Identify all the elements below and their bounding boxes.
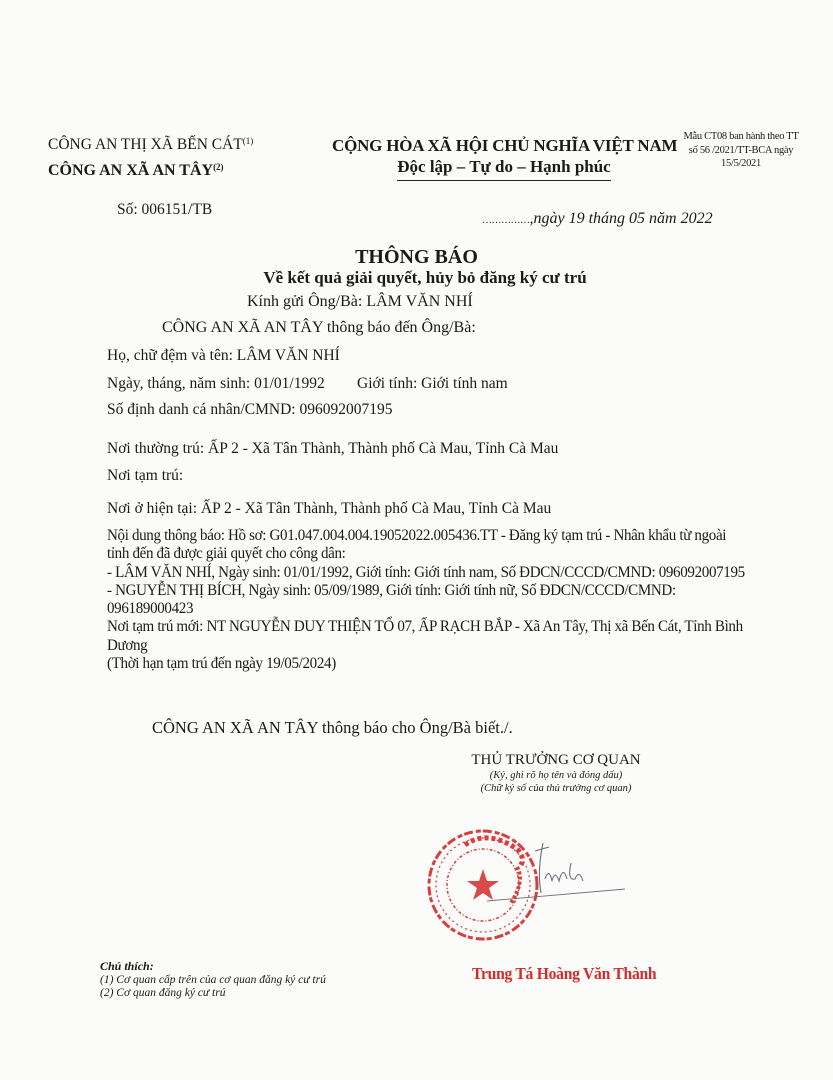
parent-agency-footnote-ref: (1) (243, 136, 254, 146)
footnotes-title: Chú thích: (100, 960, 326, 974)
national-header: CỘNG HÒA XÃ HỘI CHỦ NGHĨA VIỆT NAM Độc l… (332, 136, 676, 181)
field-dob: Ngày, tháng, năm sinh: 01/01/1992 (107, 375, 325, 393)
citizen-entry: - LÂM VĂN NHÍ, Ngày sinh: 01/01/1992, Gi… (107, 564, 747, 582)
document-title: THÔNG BÁO (0, 246, 833, 269)
footnotes: Chú thích: (1) Cơ quan cấp trên của cơ q… (100, 960, 326, 1001)
parent-agency-text: CÔNG AN THỊ XÃ BẾN CÁT (48, 136, 243, 153)
signer-name: Trung Tá Hoàng Văn Thành (472, 964, 656, 984)
field-temporary-residence: Nơi tạm trú: (107, 467, 183, 485)
closing-line: CÔNG AN XÃ AN TÂY thông báo cho Ông/Bà b… (152, 718, 513, 738)
parent-agency: CÔNG AN THỊ XÃ BẾN CÁT(1) (48, 136, 253, 154)
field-permanent-residence: Nơi thường trú: ẤP 2 - Xã Tân Thành, Thà… (107, 440, 558, 458)
residence-term: (Thời hạn tạm trú đến ngày 19/05/2024) (107, 655, 747, 673)
field-gender: Giới tính: Giới tính nam (357, 375, 508, 393)
footnote-item: (1) Cơ quan cấp trên của cơ quan đăng ký… (100, 974, 326, 988)
agency-text: CÔNG AN XÃ AN TÂY (48, 162, 213, 179)
official-stamp-icon (425, 823, 655, 953)
national-motto: Độc lập – Tự do – Hạnh phúc (397, 157, 610, 181)
agency: CÔNG AN XÃ AN TÂY(2) (48, 162, 224, 180)
agency-footnote-ref: (2) (213, 162, 224, 172)
field-current-residence: Nơi ở hiện tại: ẤP 2 - Xã Tân Thành, Thà… (107, 500, 551, 518)
signature-title: THỦ TRƯỞNG CƠ QUAN (446, 752, 666, 769)
signature-block: THỦ TRƯỞNG CƠ QUAN (Ký, ghi rõ họ tên và… (446, 752, 666, 795)
document-subtitle: Về kết quả giải quyết, hủy bỏ đăng ký cư… (0, 268, 833, 288)
citizen-entry: - NGUYỄN THỊ BÍCH, Ngày sinh: 05/09/1989… (107, 582, 747, 619)
field-full-name: Họ, chữ đệm và tên: LÂM VĂN NHÍ (107, 347, 340, 365)
signature-instruction: (Ký, ghi rõ họ tên và đóng dấu) (446, 769, 666, 782)
recipient-greeting: Kính gửi Ông/Bà: LÂM VĂN NHÍ (247, 293, 473, 311)
intro-line: CÔNG AN XÃ AN TÂY thông báo đến Ông/Bà: (162, 319, 476, 337)
notice-content-line: Nội dung thông báo: Hồ sơ: G01.047.004.0… (107, 527, 747, 564)
date-text: ,ngày 19 tháng 05 năm 2022 (530, 210, 713, 227)
form-template-note: Mẫu CT08 ban hành theo TT số 56 /2021/TT… (683, 130, 799, 171)
new-temporary-residence: Nơi tạm trú mới: NT NGUYỄN DUY THIỆN TỔ … (107, 618, 747, 655)
issue-date: ……………,ngày 19 tháng 05 năm 2022 (482, 210, 713, 228)
digital-signature-note: (Chữ ký số của thủ trưởng cơ quan) (446, 782, 666, 795)
notice-content: Nội dung thông báo: Hồ sơ: G01.047.004.0… (107, 527, 747, 673)
nation-name: CỘNG HÒA XÃ HỘI CHỦ NGHĨA VIỆT NAM (332, 136, 676, 156)
document-number: Số: 006151/TB (117, 201, 212, 219)
footnote-item: (2) Cơ quan đăng ký cư trú (100, 987, 326, 1001)
date-placeholder-dots: …………… (482, 215, 530, 226)
field-id-number: Số định danh cá nhân/CMND: 096092007195 (107, 401, 392, 419)
